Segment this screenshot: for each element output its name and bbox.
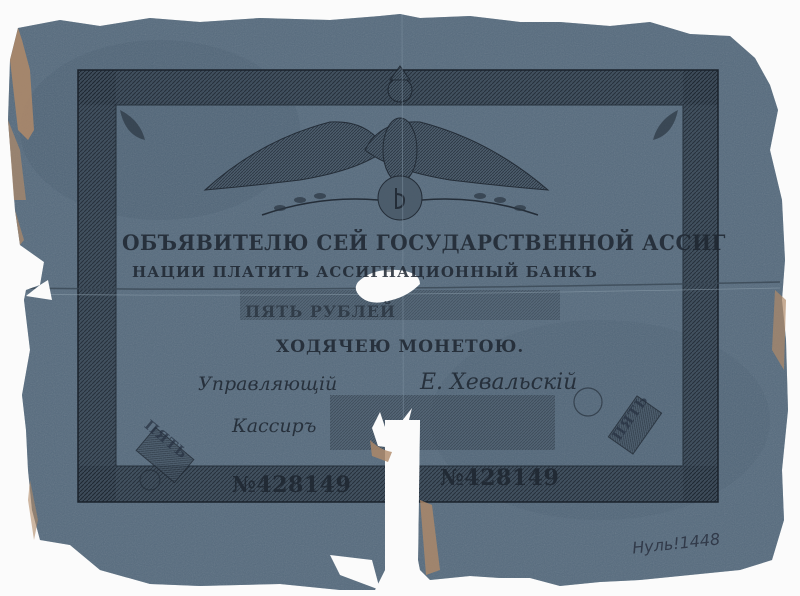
banknote-image <box>0 0 800 596</box>
